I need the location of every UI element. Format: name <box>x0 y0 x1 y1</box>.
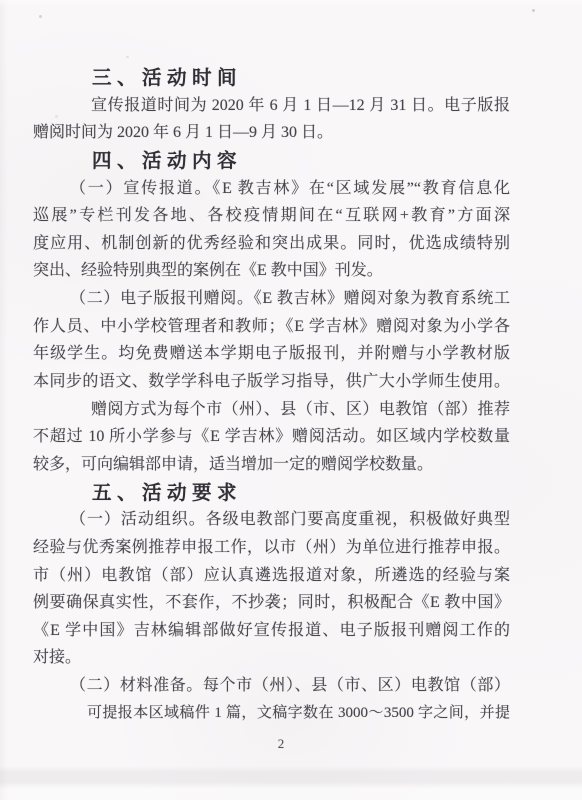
text-line: 年级学生。均免费赠送本学期电子版报刊，并附赠与小学教材版 <box>33 340 510 368</box>
text-line: 作人员、中小学校管理者和教师；《E 学吉林》赠阅对象为小学各 <box>33 313 510 341</box>
text-line: 市（州）电教馆（部）应认真遴选报道对象，所遴选的经验与案 <box>33 562 510 590</box>
heading-activity-requirements: 五、活动要求 <box>33 479 510 507</box>
text-line: （一）活动组织。各级电教部门要高度重视，积极做好典型 <box>33 506 510 534</box>
text-line: 赠阅方式为每个市（州）、县（市、区）电教馆（部）推荐 <box>33 396 510 424</box>
text-line: 例要确保真实性，不套作，不抄袭；同时，积极配合《E 教中国》 <box>33 589 510 617</box>
text-line: 不超过 10 所小学参与《E 学吉林》赠阅活动。如区域内学校数量 <box>33 423 510 451</box>
text-line: （二）材料准备。每个市（州）、县（市、区）电教馆（部） <box>33 672 510 700</box>
text-line: 突出、经验特别典型的案例在《E 教中国》刊发。 <box>33 257 510 285</box>
text-line: 可提报本区域稿件 1 篇，文稿字数在 3000～3500 字之间，并提 <box>33 700 510 728</box>
text-line: 经验与优秀案例推荐申报工作，以市（州）为单位进行推荐申报。 <box>33 534 510 562</box>
heading-activity-time: 三、活动时间 <box>33 64 510 92</box>
text-line: 本同步的语文、数学学科电子版学习指导，供广大小学师生使用。 <box>33 368 510 396</box>
text-line: 对接。 <box>33 644 510 672</box>
scan-speck <box>39 15 42 18</box>
text-line: 巡展”专栏刊发各地、各校疫情期间在“互联网+教育”方面深 <box>33 202 510 230</box>
scan-speck <box>126 56 129 58</box>
text-line: 较多，可向编辑部申请，适当增加一定的赠阅学校数量。 <box>33 451 510 479</box>
scanned-document-page: 三、活动时间 宣传报道时间为 2020 年 6 月 1 日—12 月 31 日。… <box>0 0 582 800</box>
page-number: 2 <box>0 736 562 752</box>
text-line: 赠阅时间为 2020 年 6 月 1 日—9 月 30 日。 <box>33 119 510 147</box>
text-line: 度应用、机制创新的优秀经验和突出成果。同时，优选成绩特别 <box>33 230 510 258</box>
document-body: 三、活动时间 宣传报道时间为 2020 年 6 月 1 日—12 月 31 日。… <box>33 64 510 727</box>
text-line: 宣传报道时间为 2020 年 6 月 1 日—12 月 31 日。电子版报刊 <box>33 92 510 120</box>
text-line: （一）宣传报道。《E 教吉林》在“区域发展”“教育信息化 <box>33 175 510 203</box>
heading-activity-content: 四、活动内容 <box>33 147 510 175</box>
text-line: 《E 学中国》吉林编辑部做好宣传报道、电子版报刊赠阅工作的 <box>33 617 510 645</box>
text-line: （二）电子版报刊赠阅。《E 教吉林》赠阅对象为教育系统工 <box>33 285 510 313</box>
scan-speck <box>532 9 535 12</box>
